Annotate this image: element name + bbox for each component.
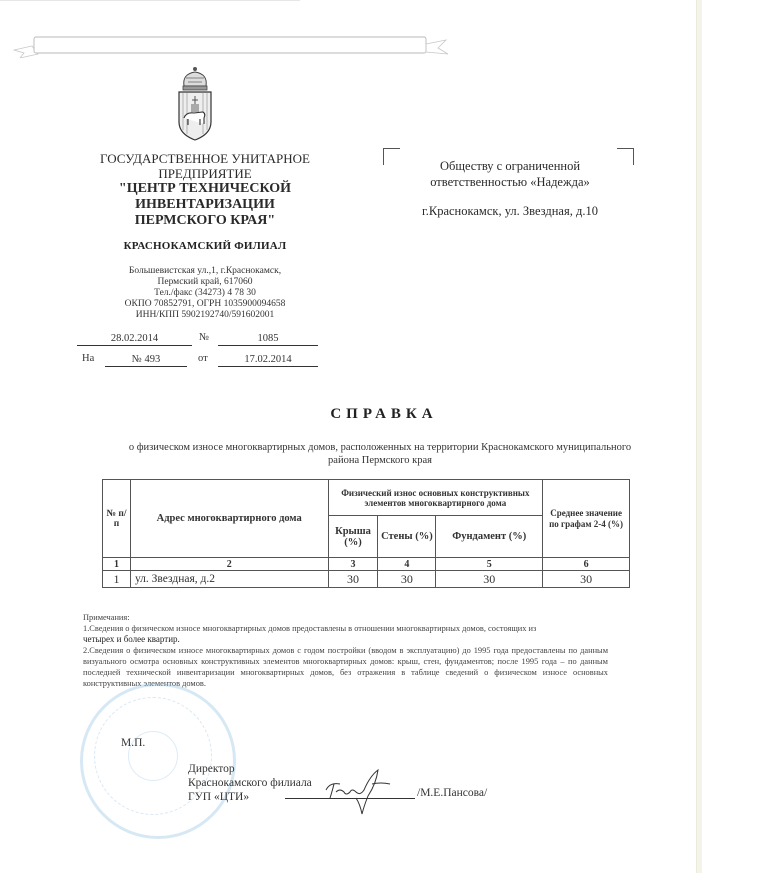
table-row: 1 ул. Звездная, д.2 30 30 30 30 [103, 571, 630, 588]
position-line-2: Краснокамского филиала [188, 776, 312, 790]
subtitle-line-1: о физическом износе многоквартирных домо… [80, 441, 680, 454]
org-address-line: ИНН/КПП 5902192740/591602001 [70, 310, 340, 321]
header-num: № п/п [103, 480, 131, 558]
org-address-line: Большевистская ул.,1, г.Краснокамск, [70, 266, 340, 277]
org-line-5: ПЕРМСКОГО КРАЯ" [70, 213, 340, 229]
row-num: 1 [103, 571, 131, 588]
wear-table: № п/п Адрес многоквартирного дома Физиче… [102, 479, 630, 588]
handwritten-signature-icon [320, 768, 400, 816]
org-line-2: ПРЕДПРИЯТИЕ [70, 166, 340, 181]
header-walls: Стены (%) [378, 516, 436, 558]
document-subtitle: о физическом износе многоквартирных домо… [80, 441, 680, 467]
notes-heading: Примечания: [83, 612, 608, 623]
notes-block: Примечания: 1.Сведения о физическом изно… [83, 612, 608, 689]
scan-right-edge [696, 0, 702, 873]
column-number: 2 [130, 558, 328, 571]
header-average: Среднее значение по графам 2-4 (%) [543, 480, 630, 558]
organization-name: ГОСУДАРСТВЕННОЕ УНИТАРНОЕ ПРЕДПРИЯТИЕ "Ц… [70, 151, 340, 229]
note-1-continued: четырех и более квартир. [83, 634, 608, 645]
position-line-3: ГУП «ЦТИ» [188, 790, 312, 804]
outgoing-date-field: 28.02.2014 [77, 332, 192, 346]
row-walls: 30 [378, 571, 436, 588]
recipient-line-2: ответственностью «Надежда» [390, 174, 630, 190]
seal-place-label: М.П. [121, 737, 145, 749]
column-number: 4 [378, 558, 436, 571]
column-numbers-row: 1 2 3 4 5 6 [103, 558, 630, 571]
position-line-1: Директор [188, 762, 312, 776]
outgoing-number-field: 1085 [218, 332, 318, 346]
from-label: от [198, 353, 208, 364]
header-foundation: Фундамент (%) [436, 516, 543, 558]
header-address: Адрес многоквартирного дома [130, 480, 328, 558]
org-address-line: Пермский край, 617060 [70, 277, 340, 288]
row-average: 30 [543, 571, 630, 588]
column-number: 5 [436, 558, 543, 571]
column-number: 1 [103, 558, 131, 571]
header-roof: Крыша (%) [328, 516, 378, 558]
org-line-3: "ЦЕНТР ТЕХНИЧЕСКОЙ [70, 181, 340, 197]
org-address-line: Тел./факс (34273) 4 78 30 [70, 288, 340, 299]
scan-top-edge [0, 0, 300, 1]
branch-name: КРАСНОКАМСКИЙ ФИЛИАЛ [70, 240, 340, 252]
recipient-name: Обществу с ограниченной ответственностью… [390, 158, 630, 190]
recipient-line-1: Обществу с ограниченной [390, 158, 630, 174]
ribbon-banner-icon [10, 28, 450, 58]
signatory-name: /М.Е.Пансова/ [417, 787, 487, 799]
incoming-date-field: 17.02.2014 [218, 353, 318, 367]
org-address-block: Большевистская ул.,1, г.Краснокамск, Пер… [70, 266, 340, 321]
org-address-line: ОКПО 70852791, ОГРН 1035900094658 [70, 299, 340, 310]
document-title: СПРАВКА [0, 406, 768, 423]
incoming-number-field: № 493 [105, 353, 187, 367]
header-group: Физический износ основных конструктивных… [328, 480, 543, 516]
row-address: ул. Звездная, д.2 [130, 571, 328, 588]
row-roof: 30 [328, 571, 378, 588]
recipient-address: г.Краснокамск, ул. Звездная, д.10 [390, 204, 630, 219]
row-foundation: 30 [436, 571, 543, 588]
on-label: На [82, 353, 94, 364]
note-1: 1.Сведения о физическом износе многоквар… [83, 623, 608, 634]
org-line-1: ГОСУДАРСТВЕННОЕ УНИТАРНОЕ [70, 151, 340, 166]
org-line-4: ИНВЕНТАРИЗАЦИИ [70, 197, 340, 213]
subtitle-line-2: района Пермского края [80, 454, 680, 467]
number-label: № [199, 332, 209, 343]
column-number: 3 [328, 558, 378, 571]
perm-krai-coat-of-arms-icon [176, 66, 214, 142]
column-number: 6 [543, 558, 630, 571]
